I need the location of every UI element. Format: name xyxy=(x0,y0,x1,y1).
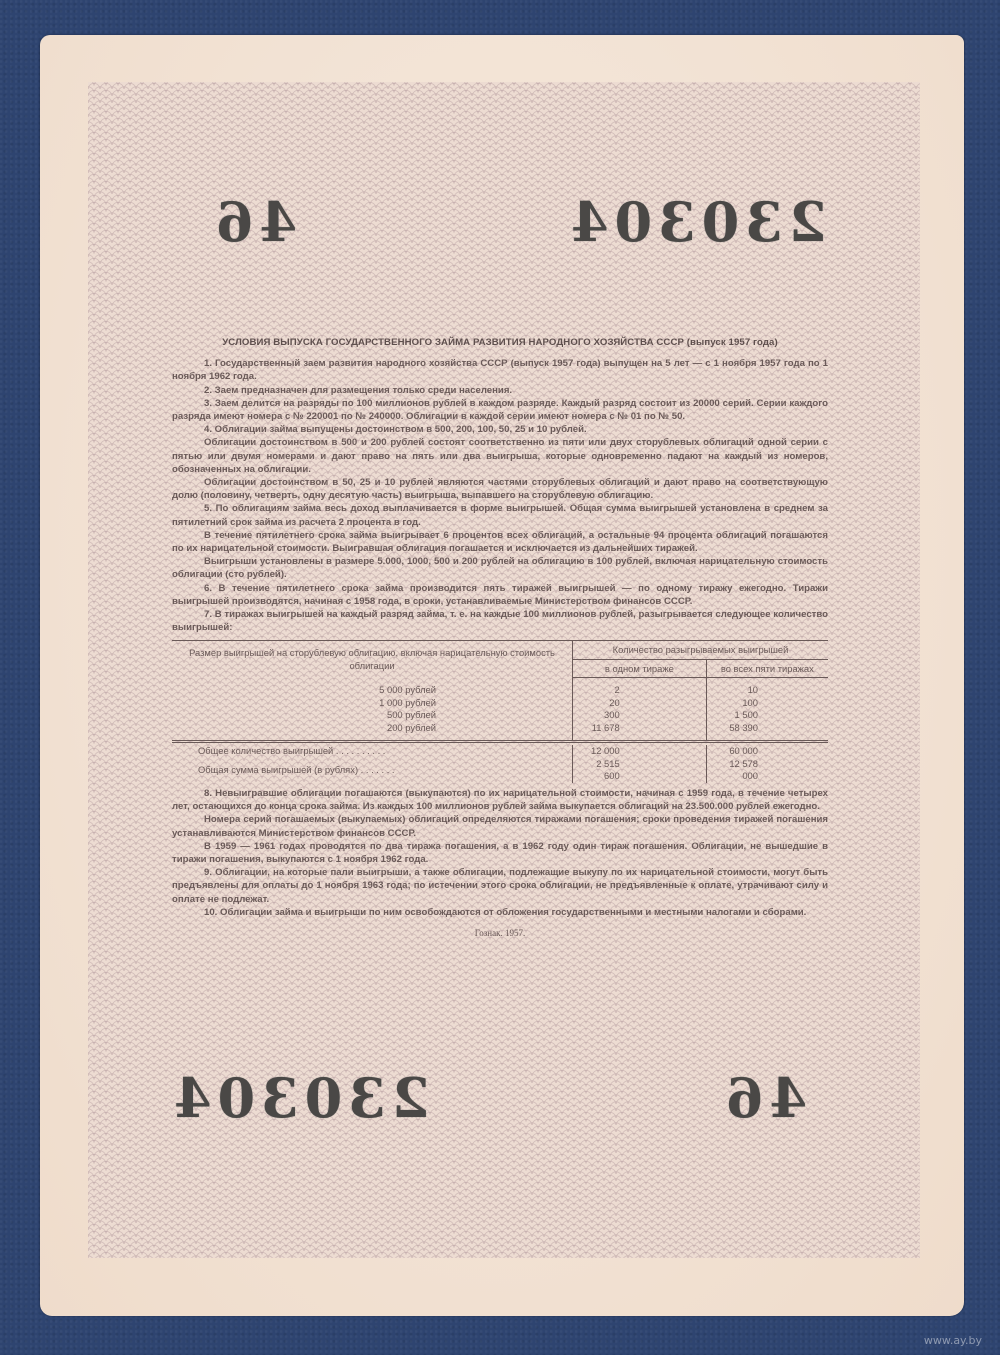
prize-cell-one-draw: 11 678 xyxy=(573,722,707,735)
prize-cell-prize: 5 000 рублей xyxy=(172,684,573,697)
bond-number-bottom: 230304 xyxy=(168,1066,429,1130)
conditions-paragraphs-after: 8. Невыигравшие облигации погашаются (вы… xyxy=(172,787,828,919)
condition-paragraph: Облигации достоинством в 500 и 200 рубле… xyxy=(172,436,828,476)
prize-table-header-left: Размер выигрышей на сторублевую облигаци… xyxy=(172,641,573,678)
conditions-text: УСЛОВИЯ ВЫПУСКА ГОСУДАРСТВЕННОГО ЗАЙМА Р… xyxy=(172,336,828,940)
prize-cell-all-draws: 1 500 xyxy=(706,709,828,722)
prize-table: Размер выигрышей на сторублевую облигаци… xyxy=(172,640,828,783)
prize-cell-one-draw: 2 xyxy=(573,684,707,697)
printer-mark: Гознак. 1957. xyxy=(172,927,828,940)
prize-cell-prize: 1 000 рублей xyxy=(172,697,573,710)
condition-paragraph: 6. В течение пятилетнего срока займа про… xyxy=(172,582,828,608)
prize-table-row: 500 рублей3001 500 xyxy=(172,709,828,722)
total-cell-one-draw: 12 000 xyxy=(573,745,707,758)
prize-cell-prize: 500 рублей xyxy=(172,709,573,722)
condition-paragraph: Выигрыши установлены в размере 5.000, 10… xyxy=(172,555,828,581)
prize-table-header-right: Количество разыгрываемых выигрышей xyxy=(573,641,828,660)
prize-table-subheader-all-draws: во всех пяти тиражах xyxy=(706,660,828,678)
conditions-paragraphs: 1. Государственный заем развития народно… xyxy=(172,357,828,634)
prize-cell-all-draws: 58 390 xyxy=(706,722,828,735)
total-cell-label: Общее количество выигрышей . . . . . . .… xyxy=(172,745,573,758)
prize-cell-one-draw: 300 xyxy=(573,709,707,722)
prize-table-total-row: Общая сумма выигрышей (в рублях) . . . .… xyxy=(172,758,828,783)
condition-paragraph: 2. Заем предназначен для размещения толь… xyxy=(172,384,828,397)
condition-paragraph: 8. Невыигравшие облигации погашаются (вы… xyxy=(172,787,828,813)
condition-paragraph: В 1959 — 1961 годах проводятся по два ти… xyxy=(172,840,828,866)
series-number-top: 46 xyxy=(210,190,297,254)
total-cell-one-draw: 2 515 600 xyxy=(573,758,707,783)
prize-table-row: 1 000 рублей20100 xyxy=(172,697,828,710)
prize-cell-one-draw: 20 xyxy=(573,697,707,710)
condition-paragraph: В течение пятилетнего срока займа выигры… xyxy=(172,529,828,555)
total-cell-all-draws: 60 000 xyxy=(706,745,828,758)
prize-cell-all-draws: 100 xyxy=(706,697,828,710)
prize-table-row: 5 000 рублей210 xyxy=(172,684,828,697)
series-number-bottom: 46 xyxy=(720,1066,807,1130)
condition-paragraph: 5. По облигациям займа весь доход выплач… xyxy=(172,502,828,528)
condition-paragraph: 9. Облигации, на которые пали выигрыши, … xyxy=(172,866,828,906)
condition-paragraph: 7. В тиражах выигрышей на каждый разряд … xyxy=(172,608,828,634)
condition-paragraph: Облигации достоинством в 50, 25 и 10 руб… xyxy=(172,476,828,502)
total-cell-all-draws: 12 578 000 xyxy=(706,758,828,783)
prize-table-subheader-one-draw: в одном тираже xyxy=(573,660,707,678)
condition-paragraph: 3. Заем делится на разряды по 100 миллио… xyxy=(172,397,828,423)
prize-table-total-row: Общее количество выигрышей . . . . . . .… xyxy=(172,745,828,758)
prize-cell-all-draws: 10 xyxy=(706,684,828,697)
bond-number-top: 230304 xyxy=(565,190,826,254)
condition-paragraph: 10. Облигации займа и выигрыши по ним ос… xyxy=(172,906,828,919)
condition-paragraph: 4. Облигации займа выпущены достоинством… xyxy=(172,423,828,436)
prize-table-row: 200 рублей11 67858 390 xyxy=(172,722,828,735)
site-watermark: www.ay.by xyxy=(924,1334,982,1347)
condition-paragraph: 1. Государственный заем развития народно… xyxy=(172,357,828,383)
condition-paragraph: Номера серий погашаемых (выкупаемых) обл… xyxy=(172,813,828,839)
prize-cell-prize: 200 рублей xyxy=(172,722,573,735)
total-cell-label: Общая сумма выигрышей (в рублях) . . . .… xyxy=(172,758,573,783)
conditions-title: УСЛОВИЯ ВЫПУСКА ГОСУДАРСТВЕННОГО ЗАЙМА Р… xyxy=(172,336,828,349)
